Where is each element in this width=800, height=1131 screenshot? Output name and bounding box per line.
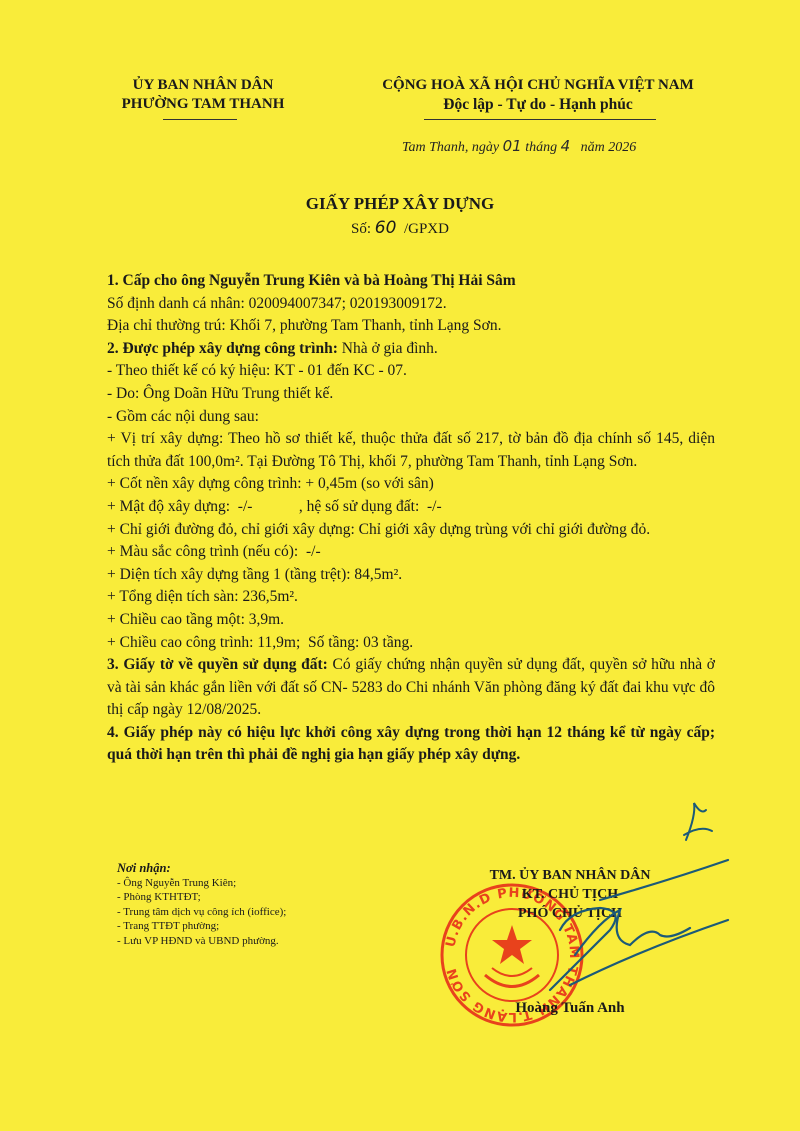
date-day: 01 <box>503 137 522 155</box>
personal-id: Số định danh cá nhân: 020094007347; 0201… <box>107 293 715 316</box>
issuer-header: ỦY BAN NHÂN DÂN PHƯỜNG TAM THANH <box>118 76 288 114</box>
document-title: GIẤY PHÉP XÂY DỰNG <box>0 194 800 214</box>
issuer-line-2: PHƯỜNG TAM THANH <box>118 95 288 114</box>
date-month-label: tháng <box>525 140 557 155</box>
date-month: 4 <box>561 137 571 155</box>
section-3-heading: 3. Giấy tờ về quyền sử dụng đất: <box>107 656 328 673</box>
initial-mark-icon <box>676 795 716 845</box>
permit-document: ỦY BAN NHÂN DÂN PHƯỜNG TAM THANH CỘNG HO… <box>0 0 800 1131</box>
issuer-underline <box>163 119 237 120</box>
recipient-item: - Trang TTĐT phường; <box>117 919 397 934</box>
number-value: 60 <box>375 218 397 238</box>
nation-motto: Độc lập - Tự do - Hạnh phúc <box>352 95 724 114</box>
recipient-item: - Phòng KTHTĐT; <box>117 890 397 905</box>
section-2-heading: 2. Được phép xây dựng công trình: <box>107 340 338 357</box>
contents-intro: - Gồm các nội dung sau: <box>107 406 715 429</box>
total-floor-area: + Tổng diện tích sàn: 236,5m². <box>107 586 715 609</box>
recipients: Nơi nhận: - Ông Nguyễn Trung Kiên; - Phò… <box>117 861 397 948</box>
design-code: - Theo thiết kế có ký hiệu: KT - 01 đến … <box>107 360 715 383</box>
date-line: Tam Thanh, ngày 01 tháng 4 năm 2026 <box>402 137 636 156</box>
motto-underline <box>424 119 656 120</box>
section-2-value: Nhà ở gia đình. <box>338 340 438 357</box>
number-suffix: /GPXD <box>404 221 449 237</box>
issuer-line-1: ỦY BAN NHÂN DÂN <box>118 76 288 95</box>
nation-header: CỘNG HOÀ XÃ HỘI CHỦ NGHĨA VIỆT NAM Độc l… <box>352 76 724 114</box>
boundaries: + Chỉ giới đường đỏ, chỉ giới xây dựng: … <box>107 519 715 542</box>
date-place: Tam Thanh, ngày <box>402 140 499 155</box>
recipient-item: - Trung tâm dịch vụ công ích (ioffice); <box>117 905 397 920</box>
section-3: 3. Giấy tờ về quyền sử dụng đất: Có giấy… <box>107 654 715 722</box>
section-1-heading: 1. Cấp cho ông Nguyễn Trung Kiên và bà H… <box>107 272 516 289</box>
date-year: năm 2026 <box>581 140 637 155</box>
location: + Vị trí xây dựng: Theo hồ sơ thiết kế, … <box>107 428 715 473</box>
first-floor-height: + Chiều cao tầng một: 3,9m. <box>107 609 715 632</box>
ground-floor-area: + Diện tích xây dựng tầng 1 (tầng trệt):… <box>107 564 715 587</box>
density: + Mật độ xây dựng: -/- , hệ số sử dụng đ… <box>107 496 715 519</box>
section-4: 4. Giấy phép này có hiệu lực khởi công x… <box>107 724 715 764</box>
recipient-item: - Ông Nguyễn Trung Kiên; <box>117 876 397 891</box>
designer: - Do: Ông Doãn Hữu Trung thiết kế. <box>107 383 715 406</box>
number-label: Số: <box>351 221 371 237</box>
handwritten-signature-icon <box>540 840 730 1000</box>
permanent-address: Địa chỉ thường trú: Khối 7, phường Tam T… <box>107 315 715 338</box>
recipients-label: Nơi nhận: <box>117 861 397 876</box>
color: + Màu sắc công trình (nếu có): -/- <box>107 541 715 564</box>
building-height: + Chiều cao công trình: 11,9m; Số tầng: … <box>107 632 715 655</box>
document-number: Số: 60 /GPXD <box>0 218 800 238</box>
signer-name: Hoàng Tuấn Anh <box>455 1000 685 1017</box>
document-body: 1. Cấp cho ông Nguyễn Trung Kiên và bà H… <box>107 270 715 767</box>
section-2: 2. Được phép xây dựng công trình: Nhà ở … <box>107 338 715 361</box>
recipient-item: - Lưu VP HĐND và UBND phường. <box>117 934 397 949</box>
foundation-level: + Cốt nền xây dựng công trình: + 0,45m (… <box>107 473 715 496</box>
nation-name: CỘNG HOÀ XÃ HỘI CHỦ NGHĨA VIỆT NAM <box>352 76 724 95</box>
